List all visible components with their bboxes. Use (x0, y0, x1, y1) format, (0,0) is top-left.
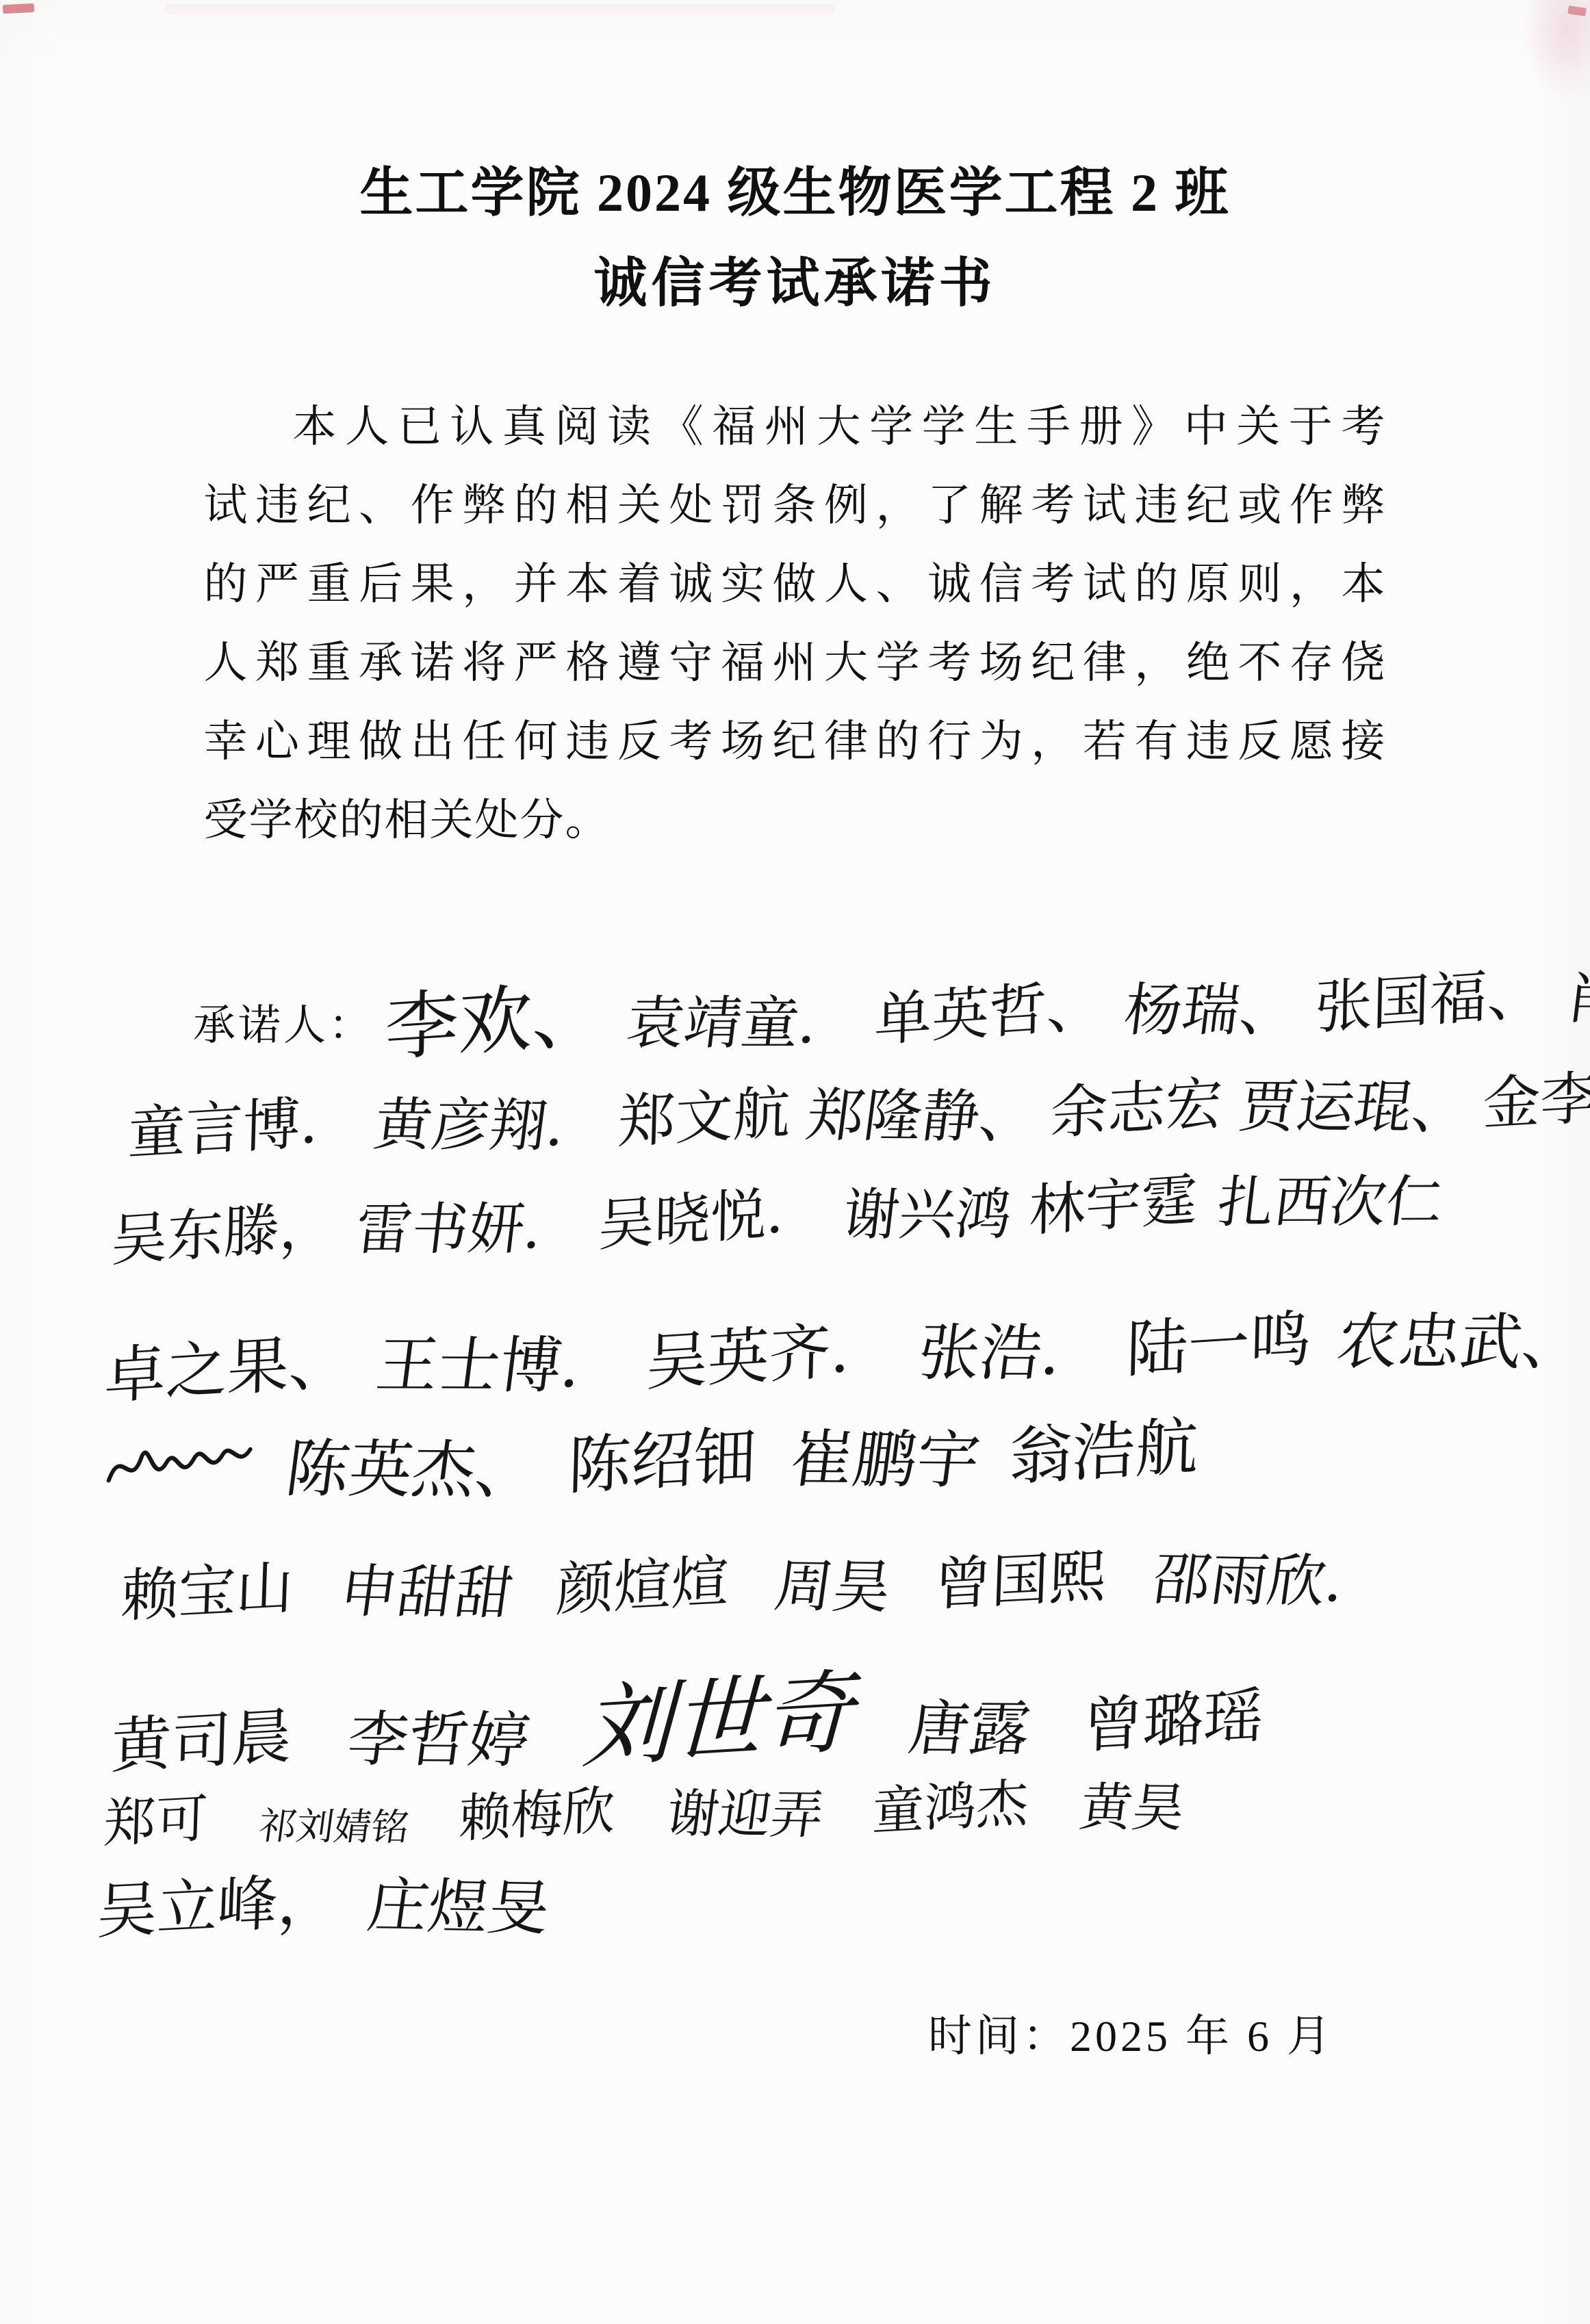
signature-name: 贾运琨、 (1235, 1061, 1476, 1145)
signature-name: 曾国熙 (933, 1530, 1108, 1623)
signature-name: 郑隆静、 (802, 1070, 1043, 1154)
signature-name: 张国福、 (1314, 946, 1546, 1045)
signature-name: 吴东滕， (110, 1181, 335, 1277)
signature-name: 庄煜旻 (363, 1858, 556, 1947)
signature-name: 农忠武、 (1333, 1291, 1590, 1381)
signature-name: 黄彦翔． (370, 1079, 611, 1163)
signature-rows: 李欢、袁靖童．单英哲、杨瑞、张国福、肖唐浠童言博．黄彦翔．郑文航郑隆静、余志宏贾… (0, 0, 1590, 2324)
signature-name: 邵雨欣． (1149, 1533, 1390, 1618)
signature-name: 余志宏 (1049, 1057, 1224, 1150)
signature-name: 赖梅欣 (458, 1768, 616, 1852)
signature-name: 翁浩航 (1008, 1396, 1199, 1498)
signature-name: 谢兴鸿 (839, 1170, 1017, 1251)
signature-name: 曾璐瑶 (1082, 1668, 1265, 1765)
signature-name: 王士博． (372, 1315, 629, 1405)
signature-row: 李欢、袁靖童．单英哲、杨瑞、张国福、肖唐浠 (382, 927, 1590, 1070)
signature-name: 林宇霆 (1029, 1155, 1198, 1248)
signature-name: 刘世奇 (580, 1639, 855, 1785)
signature-name: 肖唐浠 (1561, 952, 1590, 1035)
signature-name: 童言博． (127, 1074, 359, 1171)
signature-name: 周昊 (771, 1540, 897, 1624)
signature-row: 吴东滕，雷书妍．吴晓悦．谢兴鸿林宇霆扎西次仁 (109, 1150, 1441, 1272)
signature-name: 崔鹏宇 (785, 1409, 986, 1501)
signature-name: 李欢、 (384, 954, 606, 1075)
signature-name: 吴英齐． (645, 1297, 893, 1402)
signature-name: 黄昊 (1076, 1766, 1190, 1841)
signature-name: 卓之果、 (103, 1311, 351, 1415)
signature-name: 童鸿杰 (871, 1761, 1029, 1845)
signature-name: 陈英杰、 (281, 1419, 545, 1510)
signature-name: 祁刘婧铭 (256, 1796, 413, 1851)
signature-name: 谢迎弄 (663, 1772, 829, 1848)
signature-name: 杨瑞、 (1120, 964, 1303, 1047)
signature-name: 吴立峰， (96, 1852, 339, 1951)
signature-name: 吴晓悦． (598, 1165, 823, 1261)
signature-name: 袁靖童． (621, 977, 862, 1060)
signature-name: 郑文航 (617, 1066, 791, 1159)
signature-name: 扎西次仁 (1214, 1157, 1448, 1238)
signature-name: 陆一鸣 (1125, 1289, 1312, 1389)
scanned-document-page: 生工学院 2024 级生物医学工程 2 班 诚信考试承诺书 本人已认真阅读《福州… (0, 0, 1590, 2324)
signature-row: 卓之果、王士博．吴英齐．张浩．陆一鸣农忠武、 (102, 1286, 1582, 1411)
signature-name: 郑可 (103, 1777, 209, 1857)
signature-name: 唐露 (904, 1681, 1036, 1768)
signature-name: 陈绍钿 (567, 1405, 758, 1507)
signature-row: 童言博．黄彦翔．郑文航郑隆静、余志宏贾运琨、金李蓉 (126, 1052, 1590, 1167)
signature-name: 赖宝山 (120, 1541, 295, 1634)
signature-row: 赖宝山申甜甜颜煊煊周昊曾国熙邵雨欣． (119, 1529, 1381, 1630)
illegible-signature-scribble-icon (103, 1428, 255, 1512)
signature-name: 颜煊煊 (555, 1535, 730, 1627)
signature-name: 李哲婷 (343, 1692, 535, 1779)
signature-row: 吴立峰，庄煜旻 (95, 1855, 546, 1946)
signature-name: 申甜甜 (335, 1545, 520, 1630)
signature-name: 雷书妍． (352, 1185, 586, 1265)
signature-name: 单英哲、 (873, 959, 1105, 1057)
signature-name: 张浩． (914, 1303, 1110, 1393)
signature-name: 黄司晨 (110, 1688, 293, 1785)
date-line: 时间：2025 年 6 月 (928, 2001, 1334, 2064)
signature-name: 金李蓉 (1482, 1048, 1590, 1141)
signature-row: 陈英杰、陈绍钿崔鹏宇翁浩航 (102, 1399, 1198, 1512)
